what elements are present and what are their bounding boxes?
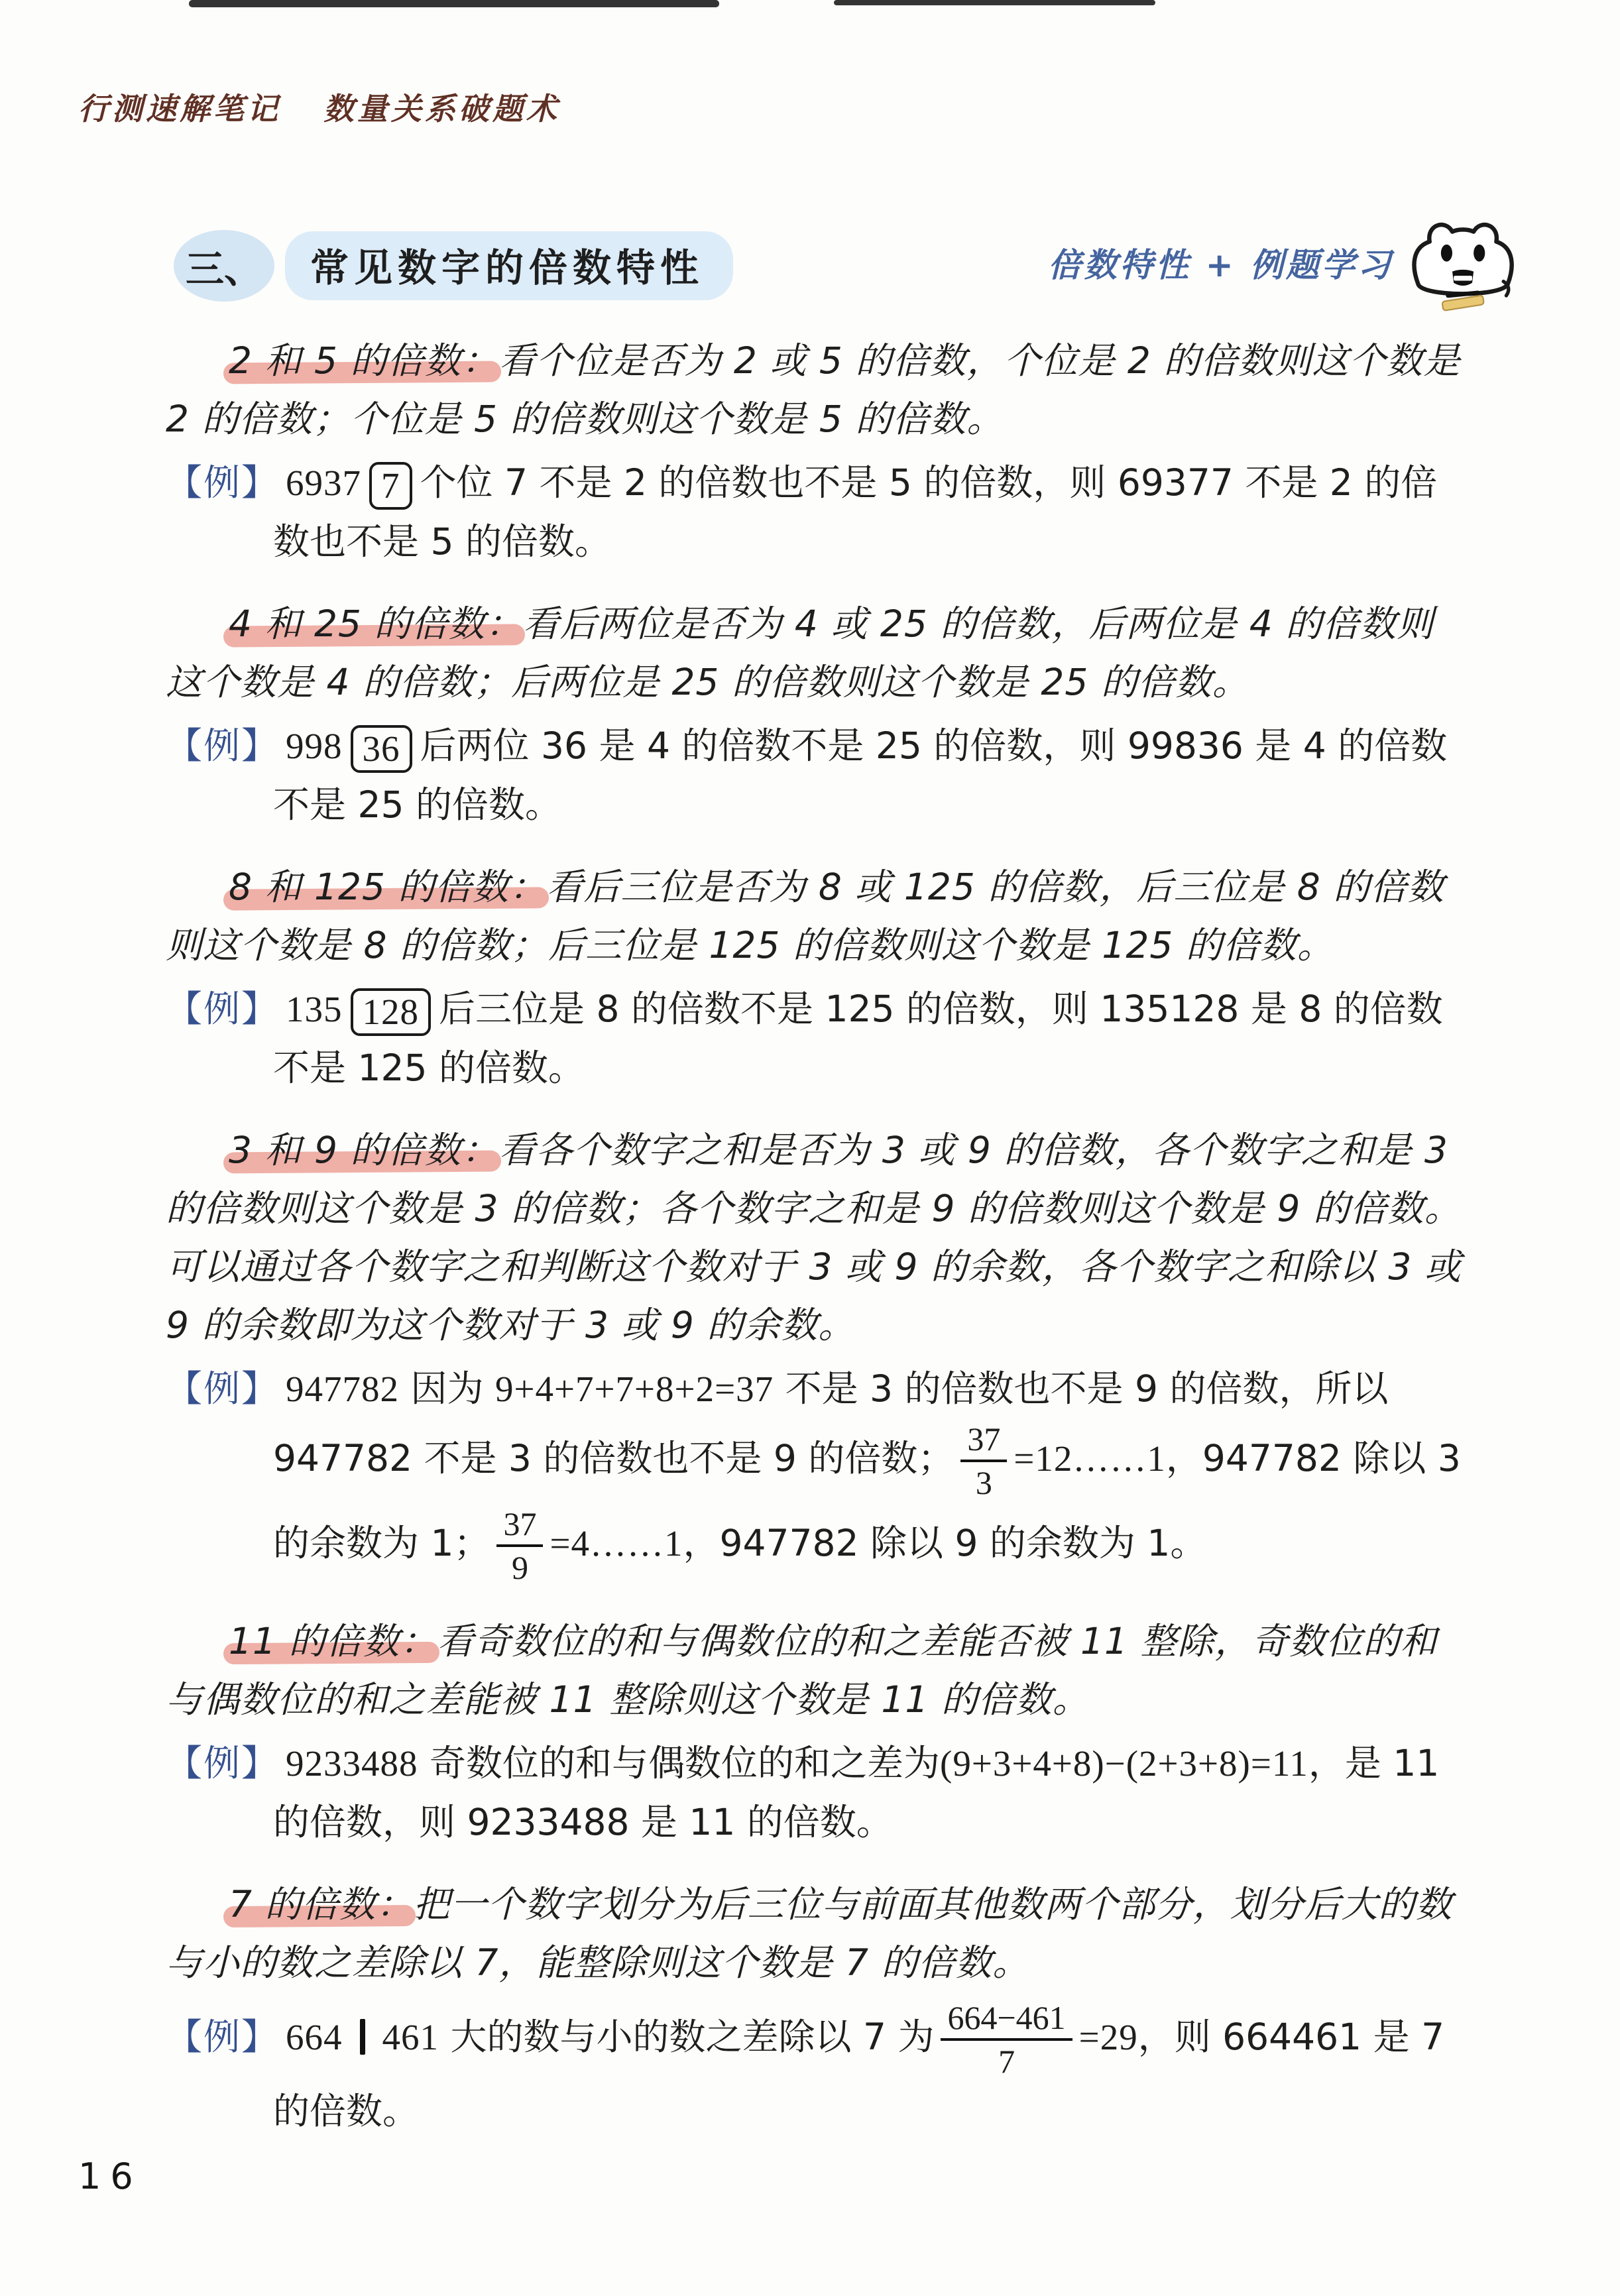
example-label: 【例】 bbox=[166, 988, 279, 1030]
example-paragraph: 【例】9233488 奇数位的和与偶数位的和之差为(9+3+4+8)−(2+3+… bbox=[166, 1734, 1471, 1851]
rule-keyword: 8 和 125 的倍数： bbox=[229, 866, 546, 908]
example-paragraph: 【例】947782 因为 9+4+7+7+8+2=37 不是 3 的倍数也不是 … bbox=[166, 1359, 1471, 1588]
example-number: 947782 bbox=[286, 1369, 399, 1409]
sections: 2 和 5 的倍数：看个位是否为 2 或 5 的倍数，个位是 2 的倍数则这个数… bbox=[166, 331, 1471, 2140]
rule-keyword: 7 的倍数： bbox=[229, 1883, 413, 1925]
rule-keyword: 2 和 5 的倍数： bbox=[229, 339, 498, 382]
rule-paragraph: 11 的倍数：看奇数位的和与偶数位的和之差能否被 11 整除，奇数位的和与偶数位… bbox=[166, 1612, 1471, 1729]
example-text: 后三位是 8 的倍数不是 125 的倍数，则 135128 是 8 的倍数不是 … bbox=[273, 988, 1443, 1089]
rule-paragraph: 4 和 25 的倍数：看后两位是否为 4 或 25 的倍数，后两位是 4 的倍数… bbox=[166, 595, 1471, 711]
example-text: 后两位 36 是 4 的倍数不是 25 的倍数，则 99836 是 4 的倍数不… bbox=[273, 724, 1447, 826]
annotation-group: 倍数特性 + 例题学习 bbox=[1048, 216, 1521, 316]
example-text: 因为 bbox=[399, 1367, 495, 1410]
handwritten-annotation: 倍数特性 + 例题学习 bbox=[1048, 239, 1393, 286]
example-number: (9+3+4+8)−(2+3+8)=11 bbox=[940, 1743, 1308, 1784]
example-number: 9233488 bbox=[286, 1743, 418, 1784]
section-title-row: 三、 常见数字的倍数特性 倍数特性 + 例题学习 bbox=[172, 227, 1521, 305]
rule-paragraph: 2 和 5 的倍数：看个位是否为 2 或 5 的倍数，个位是 2 的倍数则这个数… bbox=[166, 331, 1471, 448]
example-text: 奇数位的和与偶数位的和之差为 bbox=[418, 1742, 940, 1784]
fraction: 664−4617 bbox=[941, 1997, 1072, 2082]
rule-paragraph: 8 和 125 的倍数：看后三位是否为 8 或 125 的倍数，后三位是 8 的… bbox=[166, 858, 1471, 974]
example-label: 【例】 bbox=[166, 2016, 279, 2058]
book-subtitle: 数量关系破题术 bbox=[323, 85, 560, 129]
example-number: =29 bbox=[1079, 2017, 1138, 2057]
example-label: 【例】 bbox=[166, 724, 279, 767]
rule-paragraph: 3 和 9 的倍数：看各个数字之和是否为 3 或 9 的倍数，各个数字之和是 3… bbox=[166, 1121, 1471, 1354]
page-number: 16 bbox=[78, 2155, 143, 2197]
example-paragraph: 【例】99836后两位 36 是 4 的倍数不是 25 的倍数，则 99836 … bbox=[166, 717, 1471, 834]
example-label: 【例】 bbox=[166, 1367, 279, 1410]
example-number: 6937 bbox=[286, 463, 361, 503]
fraction-denominator: 3 bbox=[960, 1462, 1007, 1503]
example-text: ，947782 除以 9 的余数为 1。 bbox=[683, 1522, 1207, 1564]
scan-artifact bbox=[189, 0, 719, 7]
example-label: 【例】 bbox=[166, 1742, 279, 1784]
example-number: =12……1 bbox=[1013, 1438, 1166, 1479]
boxed-number: 7 bbox=[369, 462, 412, 510]
fraction-numerator: 664−461 bbox=[941, 1997, 1072, 2041]
section-title-group: 三、 常见数字的倍数特性 bbox=[172, 231, 733, 300]
example-number: 664 bbox=[286, 2017, 343, 2057]
fraction-numerator: 37 bbox=[496, 1503, 543, 1547]
fraction: 373 bbox=[960, 1418, 1007, 1503]
frog-face-icon bbox=[1404, 216, 1521, 316]
example-text: 大的数与小的数之差除以 7 为 bbox=[439, 2016, 934, 2058]
split-bar bbox=[360, 2019, 365, 2055]
example-number: 9+4+7+7+8+2=37 bbox=[495, 1369, 774, 1409]
example-number: 461 bbox=[382, 2017, 439, 2057]
section-title: 常见数字的倍数特性 bbox=[285, 231, 733, 300]
example-number: 135 bbox=[286, 989, 343, 1029]
document-page: 行测速解笔记 数量关系破题术 三、 常见数字的倍数特性 倍数特性 + 例题学习 bbox=[0, 0, 1620, 2296]
example-number: 998 bbox=[286, 726, 343, 766]
fraction-denominator: 7 bbox=[941, 2041, 1072, 2082]
rule-keyword: 4 和 25 的倍数： bbox=[229, 603, 522, 645]
example-label: 【例】 bbox=[166, 461, 279, 504]
rule-keyword: 11 的倍数： bbox=[229, 1620, 437, 1662]
rule-keyword: 3 和 9 的倍数： bbox=[229, 1129, 498, 1171]
example-paragraph: 【例】69377个位 7 不是 2 的倍数也不是 5 的倍数，则 69377 不… bbox=[166, 453, 1471, 571]
example-text: 个位 7 不是 2 的倍数也不是 5 的倍数，则 69377 不是 2 的倍数也… bbox=[273, 461, 1437, 563]
boxed-number: 128 bbox=[351, 988, 432, 1036]
example-paragraph: 【例】135128后三位是 8 的倍数不是 125 的倍数，则 135128 是… bbox=[166, 980, 1471, 1097]
example-number: =4……1 bbox=[550, 1523, 683, 1564]
fraction-numerator: 37 bbox=[960, 1418, 1007, 1462]
boxed-number: 36 bbox=[351, 725, 412, 773]
example-paragraph: 【例】664461 大的数与小的数之差除以 7 为664−4617=29，则 6… bbox=[166, 1997, 1471, 2140]
scan-artifact bbox=[834, 0, 1155, 5]
book-title: 行测速解笔记 bbox=[78, 85, 281, 129]
book-header: 行测速解笔记 数量关系破题术 bbox=[78, 85, 1620, 129]
fraction-denominator: 9 bbox=[496, 1547, 543, 1588]
fraction: 379 bbox=[496, 1503, 543, 1588]
rule-paragraph: 7 的倍数：把一个数字划分为后三位与前面其他数两个部分，划分后大的数与小的数之差… bbox=[166, 1875, 1471, 1992]
section-number: 三、 bbox=[172, 231, 276, 300]
